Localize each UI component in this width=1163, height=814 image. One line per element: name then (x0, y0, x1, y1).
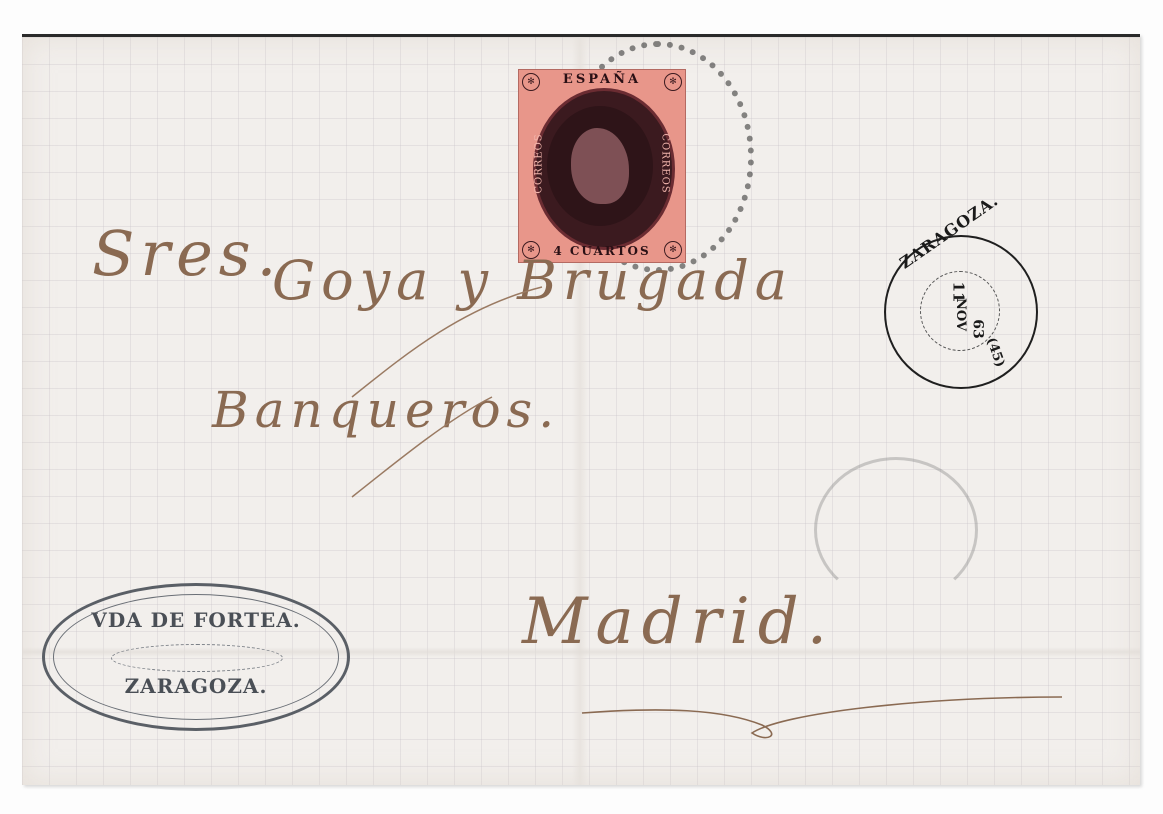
handwriting-flourish (22, 37, 1140, 785)
postal-cover: ESPAÑA CORREOS CORREOS 4 CUARTOS ✻ ✻ ✻ ✻… (22, 34, 1140, 785)
